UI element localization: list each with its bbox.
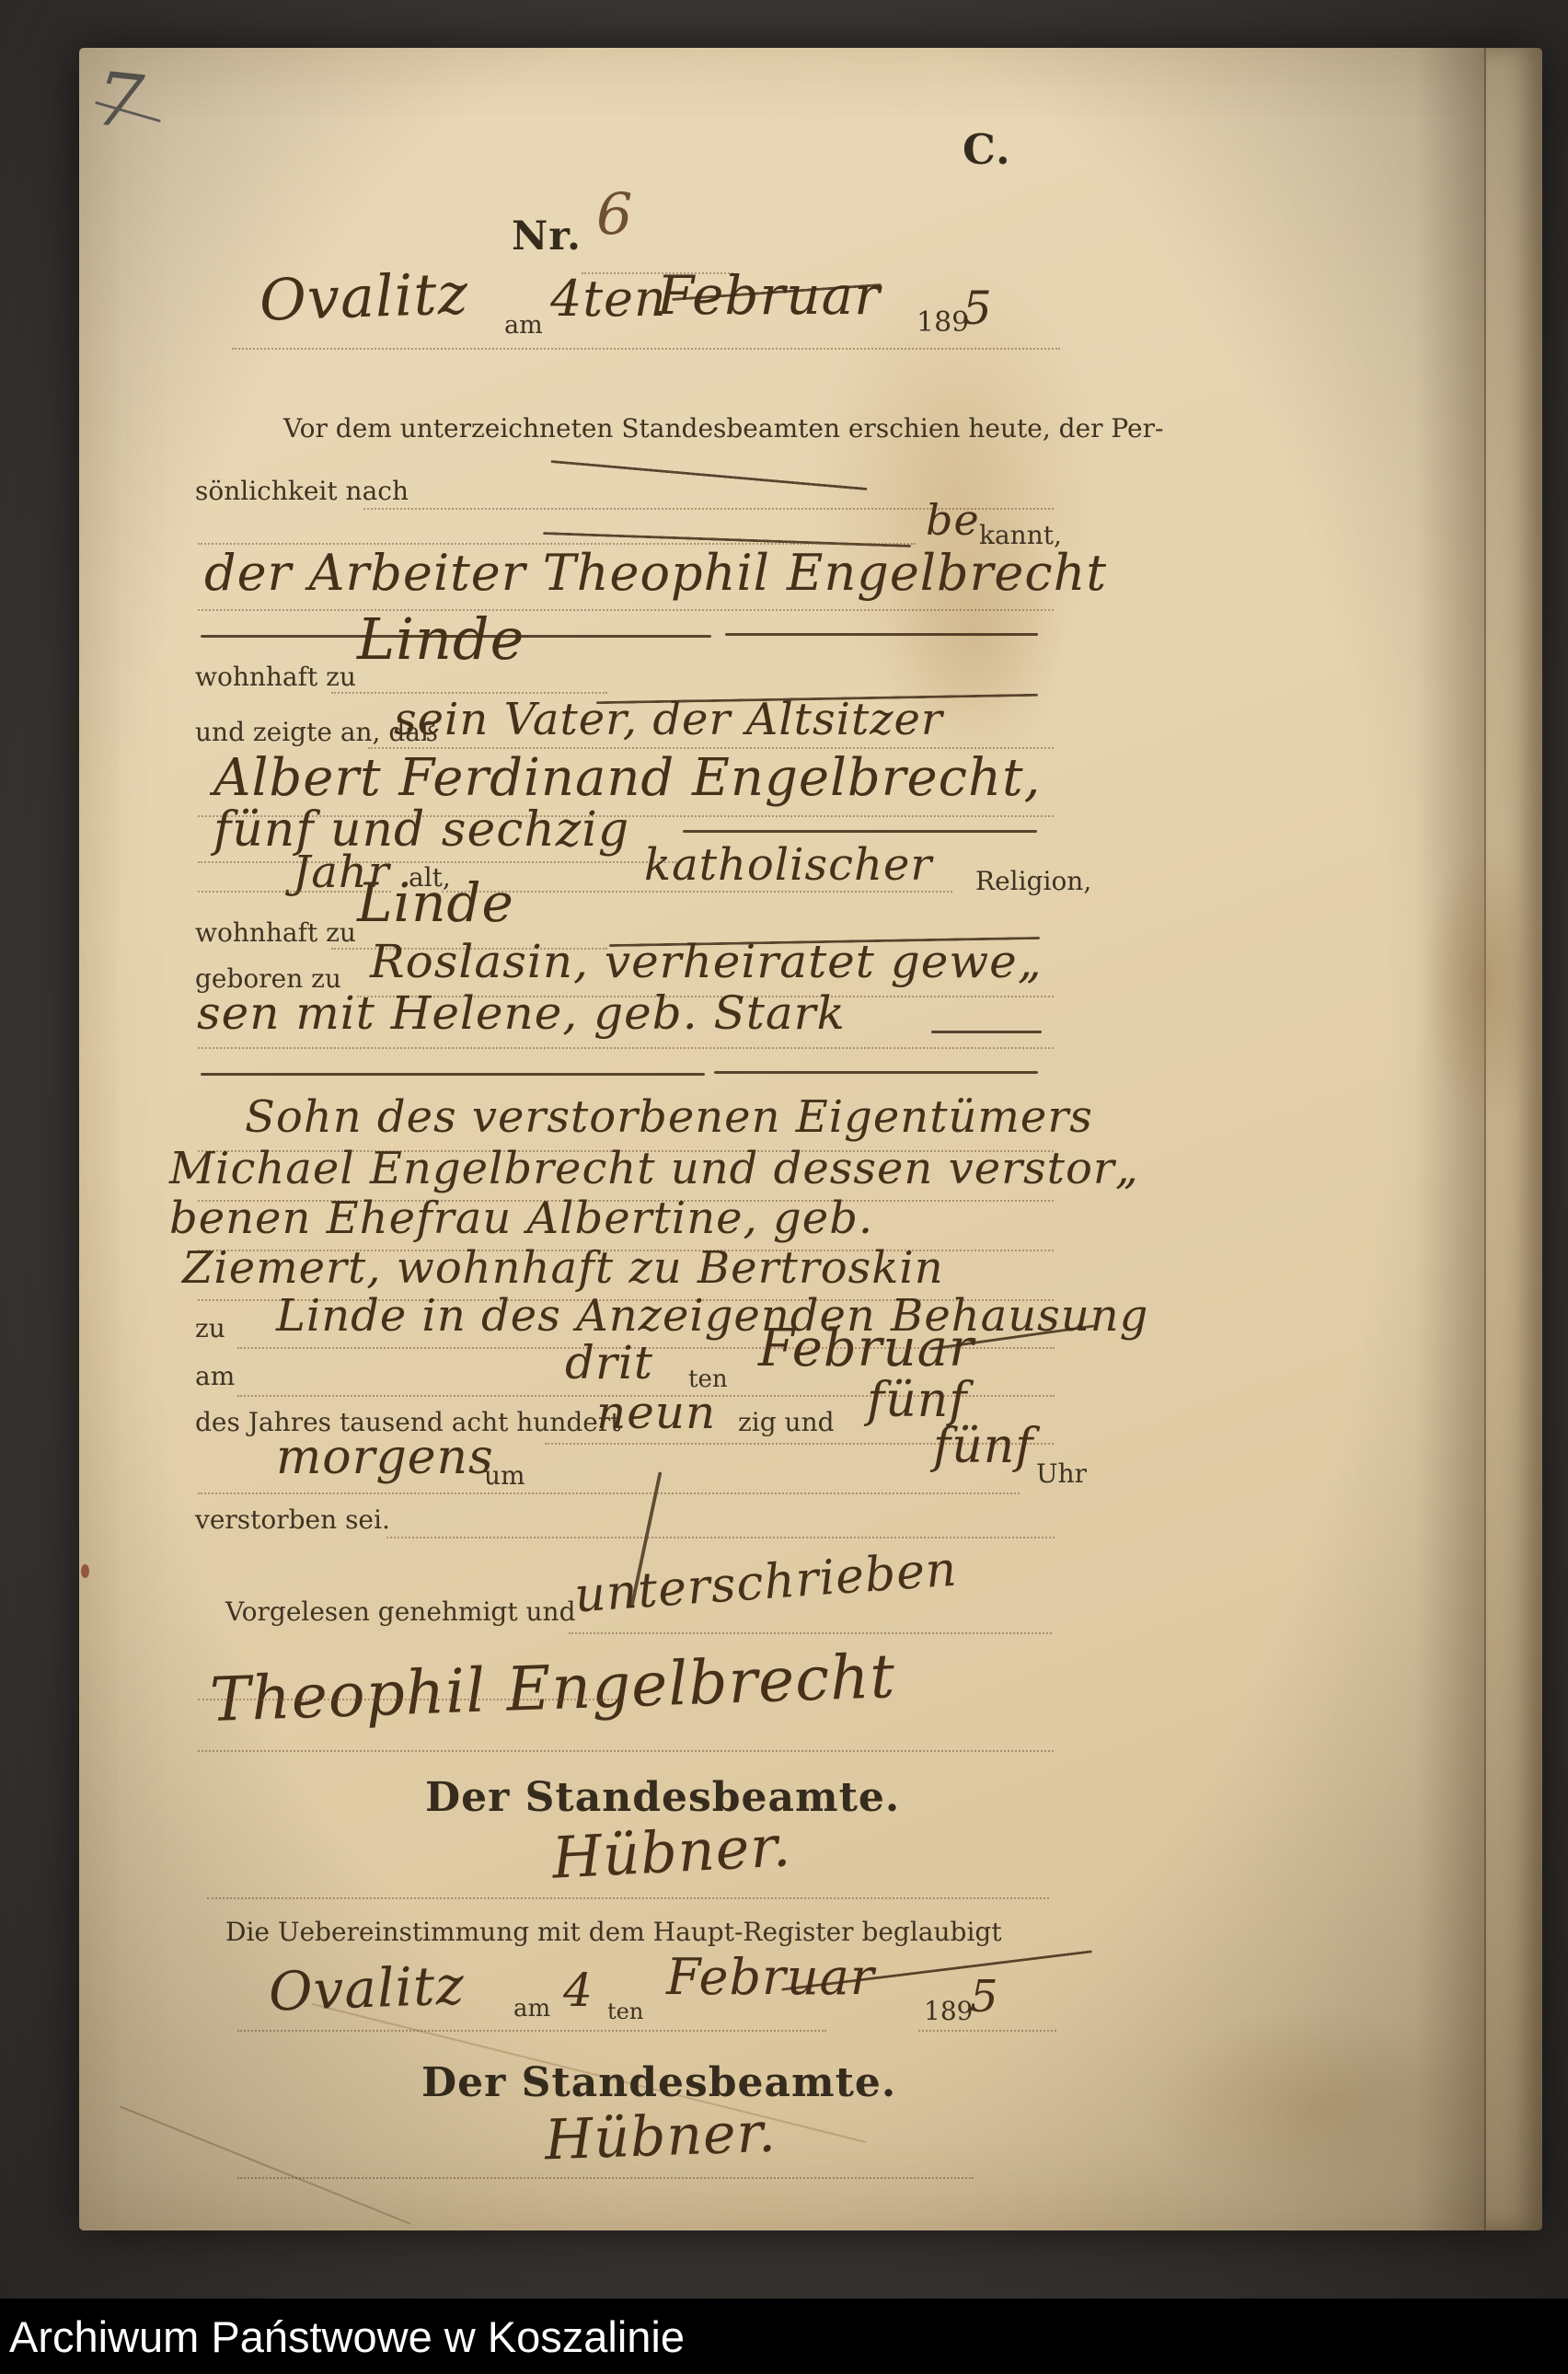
religion-label: Religion, — [975, 869, 1091, 894]
form-intro-line1: Vor dem unterzeichneten Standesbeamten e… — [283, 416, 1163, 442]
death-year-tens: neun — [596, 1389, 716, 1435]
death-hour-value: fünf — [933, 1423, 1033, 1470]
form-intro-line2: sönlichkeit nach — [195, 478, 409, 504]
dotted-rule — [198, 609, 1054, 611]
deceased-relation: sein Vater, der Altsitzer — [394, 697, 943, 742]
certification-day: 4 — [563, 1967, 594, 2013]
archive-watermark-text: Archiwum Państwowe w Koszalinie — [0, 2311, 685, 2362]
death-time-uhr: Uhr — [1036, 1461, 1087, 1487]
place-line-day: 4ten — [550, 274, 667, 324]
death-place-value: Linde in des Anzeigenden Behausung — [276, 1294, 1148, 1338]
parents-line4: Ziemert, wohnhaft zu Bertroskin — [182, 1246, 944, 1290]
certification-city: Ovalitz — [268, 1958, 466, 2018]
next-page-edge — [1486, 48, 1542, 2230]
parents-line2: Michael Engelbrecht und dessen verstor„ — [169, 1147, 1139, 1191]
dotted-rule — [198, 1047, 1054, 1049]
archive-watermark-bar: Archiwum Państwowe w Koszalinie — [0, 2299, 1568, 2374]
certification-year-printed: 189 — [924, 1999, 973, 2024]
section-letter: C. — [963, 129, 1011, 170]
place-line-year-printed: 189 — [917, 309, 969, 337]
registrar-label: Der Standesbeamte. — [425, 1778, 900, 1818]
religion-value: katholischer — [644, 843, 932, 887]
dotted-rule — [198, 1750, 1054, 1752]
dotted-rule — [442, 891, 952, 893]
ink-dash — [683, 830, 1037, 833]
dotted-rule — [918, 2030, 1056, 2032]
parents-line3: benen Ehefrau Albertine, geb. — [169, 1196, 873, 1240]
dotted-rule — [198, 1492, 1020, 1494]
residence2-value: Linde — [357, 876, 514, 929]
certification-year-digit: 5 — [970, 1975, 999, 2019]
death-day-label: am — [195, 1364, 235, 1389]
record-number-label: Nr. — [512, 217, 582, 257]
ink-dash — [714, 1071, 1038, 1074]
dotted-rule — [237, 2030, 826, 2032]
residence-label: wohnhaft zu — [195, 664, 356, 690]
dotted-rule — [569, 1632, 1052, 1634]
approval-printed: Vorgelesen genehmigt und — [225, 1599, 576, 1625]
ink-dash — [725, 633, 1038, 636]
death-statement: verstorben sei. — [195, 1507, 390, 1533]
death-month-value: Februar — [758, 1323, 974, 1375]
parents-line1: Sohn des verstorbenen Eigentümers — [245, 1095, 1093, 1139]
death-year-ones: fünf — [867, 1377, 967, 1424]
identity-hw: be — [926, 499, 980, 541]
death-daytime-value: morgens — [276, 1434, 494, 1481]
place-line-year-digit: 5 — [963, 285, 993, 331]
ink-dash — [931, 1031, 1042, 1033]
place-line-am: am — [504, 313, 543, 338]
ink-dash — [201, 1073, 705, 1076]
death-day-value: drit — [565, 1340, 653, 1386]
pencil-corner-mark: 7 — [92, 63, 147, 141]
dotted-rule — [207, 1897, 1049, 1899]
dotted-rule — [198, 1699, 617, 1700]
place-line-month: Februar — [657, 269, 881, 322]
spouse-line: sen mit Helene, geb. Stark — [197, 990, 846, 1036]
registrar2-signature: Hübner. — [544, 2105, 778, 2169]
certification-day-suffix: ten — [607, 2000, 643, 2023]
certification-am: am — [513, 1997, 550, 2021]
residence2-label: wohnhaft zu — [195, 920, 356, 946]
registrar-signature: Hübner. — [551, 1817, 793, 1887]
dotted-rule — [232, 348, 1060, 350]
binding-gutter-shadow — [1415, 48, 1485, 2230]
deceased-age: fünf und sechzig — [213, 806, 629, 854]
certification-month: Februar — [666, 1953, 875, 2002]
dotted-rule — [386, 1537, 1055, 1538]
record-number-value: 6 — [596, 186, 633, 243]
death-time-um: um — [484, 1463, 525, 1489]
registrar2-label: Der Standesbeamte. — [421, 2063, 896, 2103]
deceased-name: Albert Ferdinand Engelbrecht, — [213, 753, 1041, 804]
death-year-suffix: zig und — [738, 1410, 835, 1435]
certification-statement: Die Uebereinstimmung mit dem Haupt-Regis… — [225, 1919, 1002, 1945]
declarant-name: der Arbeiter Theophil Engelbrecht — [204, 548, 1107, 598]
birthplace-value: Roslasin, verheiratet gewe„ — [370, 939, 1043, 985]
scanned-document-photo: 7 C. Nr. 6 Ovalitz am 4ten Februar 189 5… — [0, 0, 1568, 2374]
residence-value: Linde — [357, 611, 525, 668]
dotted-rule — [237, 2177, 974, 2179]
death-place-label: zu — [195, 1316, 225, 1342]
place-line-city: Ovalitz — [259, 265, 469, 329]
